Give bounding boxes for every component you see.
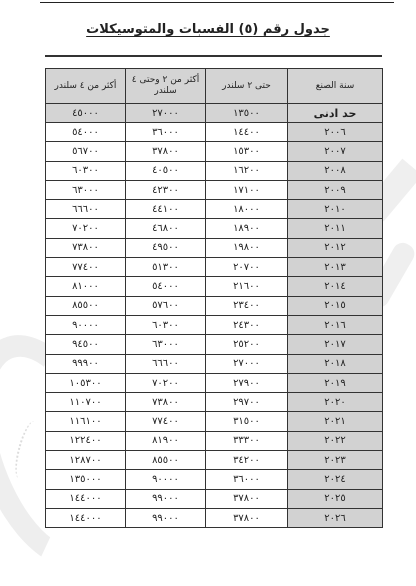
cell-year: ٢٠١٩ xyxy=(288,373,383,392)
table-row: ٢٠١١١٨٩٠٠٤٦٨٠٠٧٠٢٠٠ xyxy=(46,219,383,238)
cell-over-4-cyl: ٨١٠٠٠ xyxy=(46,277,126,296)
table-row: ٢٠٢٥٣٧٨٠٠٩٩٠٠٠١٤٤٠٠٠ xyxy=(46,489,383,508)
table-row: ٢٠٢٤٣٦٠٠٠٩٠٠٠٠١٣٥٠٠٠ xyxy=(46,470,383,489)
table-row: ٢٠١٩٢٧٩٠٠٧٠٢٠٠١٠٥٣٠٠ xyxy=(46,373,383,392)
cell-2-to-4-cyl: ٥٤٠٠٠ xyxy=(126,277,206,296)
cell-over-4-cyl: ٤٥٠٠٠ xyxy=(46,104,126,123)
cell-up-to-2-cyl: ٢٤٣٠٠ xyxy=(206,315,288,334)
table-row: ٢٠١٧٢٥٢٠٠٦٣٠٠٠٩٤٥٠٠ xyxy=(46,335,383,354)
table-row: ٢٠١٤٢١٦٠٠٥٤٠٠٠٨١٠٠٠ xyxy=(46,277,383,296)
cell-over-4-cyl: ١١٠٧٠٠ xyxy=(46,393,126,412)
cell-up-to-2-cyl: ٣٦٠٠٠ xyxy=(206,470,288,489)
cell-over-4-cyl: ٧٧٤٠٠ xyxy=(46,258,126,277)
cell-2-to-4-cyl: ٤٦٨٠٠ xyxy=(126,219,206,238)
minimum-row: حد ادنى ١٣٥٠٠ ٢٧٠٠٠ ٤٥٠٠٠ xyxy=(46,104,383,123)
cell-over-4-cyl: ٧٣٨٠٠ xyxy=(46,238,126,257)
motorcycle-fees-table: سنة الصنع حتى ٢ سلندر أكثر من ٢ وحتى ٤ س… xyxy=(45,68,383,528)
cell-year: ٢٠١١ xyxy=(288,219,383,238)
cell-year: ٢٠٢٤ xyxy=(288,470,383,489)
cell-year: ٢٠٠٧ xyxy=(288,142,383,161)
table-row: ٢٠٢٦٣٧٨٠٠٩٩٠٠٠١٤٤٠٠٠ xyxy=(46,508,383,527)
table-row: ٢٠٠٦١٤٤٠٠٣٦٠٠٠٥٤٠٠٠ xyxy=(46,123,383,142)
cell-up-to-2-cyl: ٢١٦٠٠ xyxy=(206,277,288,296)
watermark-wheat-icon xyxy=(11,419,44,482)
cell-year: ٢٠٢٣ xyxy=(288,451,383,470)
cell-over-4-cyl: ٩٩٩٠٠ xyxy=(46,354,126,373)
cell-year: ٢٠١٦ xyxy=(288,315,383,334)
cell-2-to-4-cyl: ٩٠٠٠٠ xyxy=(126,470,206,489)
cell-year: ٢٠١٤ xyxy=(288,277,383,296)
cell-up-to-2-cyl: ٢٩٧٠٠ xyxy=(206,393,288,412)
cell-up-to-2-cyl: ٣١٥٠٠ xyxy=(206,412,288,431)
cell-2-to-4-cyl: ٩٩٠٠٠ xyxy=(126,508,206,527)
table-row: ٢٠٠٧١٥٣٠٠٣٧٨٠٠٥٦٧٠٠ xyxy=(46,142,383,161)
cell-over-4-cyl: ٨٥٥٠٠ xyxy=(46,296,126,315)
table-row: ٢٠١٢١٩٨٠٠٤٩٥٠٠٧٣٨٠٠ xyxy=(46,238,383,257)
cell-over-4-cyl: ٩٠٠٠٠ xyxy=(46,315,126,334)
table-header-row: سنة الصنع حتى ٢ سلندر أكثر من ٢ وحتى ٤ س… xyxy=(46,69,383,104)
cell-up-to-2-cyl: ١٤٤٠٠ xyxy=(206,123,288,142)
cell-2-to-4-cyl: ٤٢٣٠٠ xyxy=(126,180,206,199)
cell-2-to-4-cyl: ٦٦٦٠٠ xyxy=(126,354,206,373)
cell-up-to-2-cyl: ٢٠٧٠٠ xyxy=(206,258,288,277)
table-row: ٢٠٢٠٢٩٧٠٠٧٣٨٠٠١١٠٧٠٠ xyxy=(46,393,383,412)
cell-2-to-4-cyl: ٨٥٥٠٠ xyxy=(126,451,206,470)
cell-2-to-4-cyl: ٧٠٢٠٠ xyxy=(126,373,206,392)
cell-2-to-4-cyl: ٦٠٣٠٠ xyxy=(126,315,206,334)
cell-year: ٢٠٢٢ xyxy=(288,431,383,450)
cell-over-4-cyl: ٦٠٣٠٠ xyxy=(46,161,126,180)
table-row: ٢٠١٣٢٠٧٠٠٥١٣٠٠٧٧٤٠٠ xyxy=(46,258,383,277)
cell-year: ٢٠١٨ xyxy=(288,354,383,373)
cell-2-to-4-cyl: ٧٧٤٠٠ xyxy=(126,412,206,431)
document-title: جدول رقم (٥) الفسبات والمتوسيكلات xyxy=(0,22,416,37)
table-row: ٢٠١٨٢٧٠٠٠٦٦٦٠٠٩٩٩٠٠ xyxy=(46,354,383,373)
cell-year: ٢٠٠٦ xyxy=(288,123,383,142)
cell-2-to-4-cyl: ٣٦٠٠٠ xyxy=(126,123,206,142)
cell-up-to-2-cyl: ٣٣٣٠٠ xyxy=(206,431,288,450)
cell-up-to-2-cyl: ٣٤٢٠٠ xyxy=(206,451,288,470)
cell-over-4-cyl: ٦٣٠٠٠ xyxy=(46,180,126,199)
cell-2-to-4-cyl: ٤٠٥٠٠ xyxy=(126,161,206,180)
cell-up-to-2-cyl: ١٣٥٠٠ xyxy=(206,104,288,123)
cell-year: ٢٠٢٠ xyxy=(288,393,383,412)
table-row: ٢٠١٥٢٣٤٠٠٥٧٦٠٠٨٥٥٠٠ xyxy=(46,296,383,315)
cell-year: ٢٠١٧ xyxy=(288,335,383,354)
cell-over-4-cyl: ١٤٤٠٠٠ xyxy=(46,489,126,508)
table-row: ٢٠٢٢٣٣٣٠٠٨١٩٠٠١٢٢٤٠٠ xyxy=(46,431,383,450)
cell-up-to-2-cyl: ١٩٨٠٠ xyxy=(206,238,288,257)
cell-up-to-2-cyl: ١٨٩٠٠ xyxy=(206,219,288,238)
cell-up-to-2-cyl: ١٨٠٠٠ xyxy=(206,200,288,219)
cell-over-4-cyl: ٥٦٧٠٠ xyxy=(46,142,126,161)
cell-up-to-2-cyl: ٢٧٠٠٠ xyxy=(206,354,288,373)
title-divider xyxy=(45,55,382,57)
cell-year: ٢٠٠٩ xyxy=(288,180,383,199)
cell-year: ٢٠١٠ xyxy=(288,200,383,219)
header-up-to-2-cyl: حتى ٢ سلندر xyxy=(206,69,288,104)
cell-2-to-4-cyl: ٧٣٨٠٠ xyxy=(126,393,206,412)
header-year: سنة الصنع xyxy=(288,69,383,104)
cell-2-to-4-cyl: ٨١٩٠٠ xyxy=(126,431,206,450)
header-2-to-4-cyl: أكثر من ٢ وحتى ٤ سلندر xyxy=(126,69,206,104)
cell-over-4-cyl: ١١٦١٠٠ xyxy=(46,412,126,431)
cell-2-to-4-cyl: ٦٣٠٠٠ xyxy=(126,335,206,354)
cell-over-4-cyl: ١٣٥٠٠٠ xyxy=(46,470,126,489)
cell-up-to-2-cyl: ١٥٣٠٠ xyxy=(206,142,288,161)
cell-over-4-cyl: ١٢٨٧٠٠ xyxy=(46,451,126,470)
cell-over-4-cyl: ٧٠٢٠٠ xyxy=(46,219,126,238)
cell-up-to-2-cyl: ١٧١٠٠ xyxy=(206,180,288,199)
cell-year: ٢٠١٥ xyxy=(288,296,383,315)
cell-up-to-2-cyl: ٣٧٨٠٠ xyxy=(206,489,288,508)
top-rule xyxy=(40,2,394,3)
cell-2-to-4-cyl: ٩٩٠٠٠ xyxy=(126,489,206,508)
cell-over-4-cyl: ١٢٢٤٠٠ xyxy=(46,431,126,450)
cell-up-to-2-cyl: ٢٥٢٠٠ xyxy=(206,335,288,354)
cell-year: ٢٠٠٨ xyxy=(288,161,383,180)
cell-up-to-2-cyl: ٢٣٤٠٠ xyxy=(206,296,288,315)
cell-2-to-4-cyl: ٥٧٦٠٠ xyxy=(126,296,206,315)
cell-year: ٢٠١٣ xyxy=(288,258,383,277)
cell-year: ٢٠٢١ xyxy=(288,412,383,431)
cell-over-4-cyl: ١٤٤٠٠٠ xyxy=(46,508,126,527)
table-row: ٢٠١٦٢٤٣٠٠٦٠٣٠٠٩٠٠٠٠ xyxy=(46,315,383,334)
cell-year: ٢٠٢٦ xyxy=(288,508,383,527)
cell-over-4-cyl: ٥٤٠٠٠ xyxy=(46,123,126,142)
cell-up-to-2-cyl: ٣٧٨٠٠ xyxy=(206,508,288,527)
cell-up-to-2-cyl: ١٦٢٠٠ xyxy=(206,161,288,180)
cell-over-4-cyl: ٦٦٦٠٠ xyxy=(46,200,126,219)
cell-up-to-2-cyl: ٢٧٩٠٠ xyxy=(206,373,288,392)
cell-year: ٢٠٢٥ xyxy=(288,489,383,508)
table-row: ٢٠١٠١٨٠٠٠٤٤١٠٠٦٦٦٠٠ xyxy=(46,200,383,219)
table-row: ٢٠٢١٣١٥٠٠٧٧٤٠٠١١٦١٠٠ xyxy=(46,412,383,431)
cell-year: ٢٠١٢ xyxy=(288,238,383,257)
table-row: ٢٠٠٩١٧١٠٠٤٢٣٠٠٦٣٠٠٠ xyxy=(46,180,383,199)
header-over-4-cyl: أكثر من ٤ سلندر xyxy=(46,69,126,104)
minimum-label: حد ادنى xyxy=(288,104,383,123)
table-row: ٢٠٢٣٣٤٢٠٠٨٥٥٠٠١٢٨٧٠٠ xyxy=(46,451,383,470)
cell-2-to-4-cyl: ٤٩٥٠٠ xyxy=(126,238,206,257)
cell-2-to-4-cyl: ٥١٣٠٠ xyxy=(126,258,206,277)
cell-2-to-4-cyl: ٣٧٨٠٠ xyxy=(126,142,206,161)
cell-over-4-cyl: ١٠٥٣٠٠ xyxy=(46,373,126,392)
table-row: ٢٠٠٨١٦٢٠٠٤٠٥٠٠٦٠٣٠٠ xyxy=(46,161,383,180)
cell-2-to-4-cyl: ٢٧٠٠٠ xyxy=(126,104,206,123)
cell-over-4-cyl: ٩٤٥٠٠ xyxy=(46,335,126,354)
cell-2-to-4-cyl: ٤٤١٠٠ xyxy=(126,200,206,219)
